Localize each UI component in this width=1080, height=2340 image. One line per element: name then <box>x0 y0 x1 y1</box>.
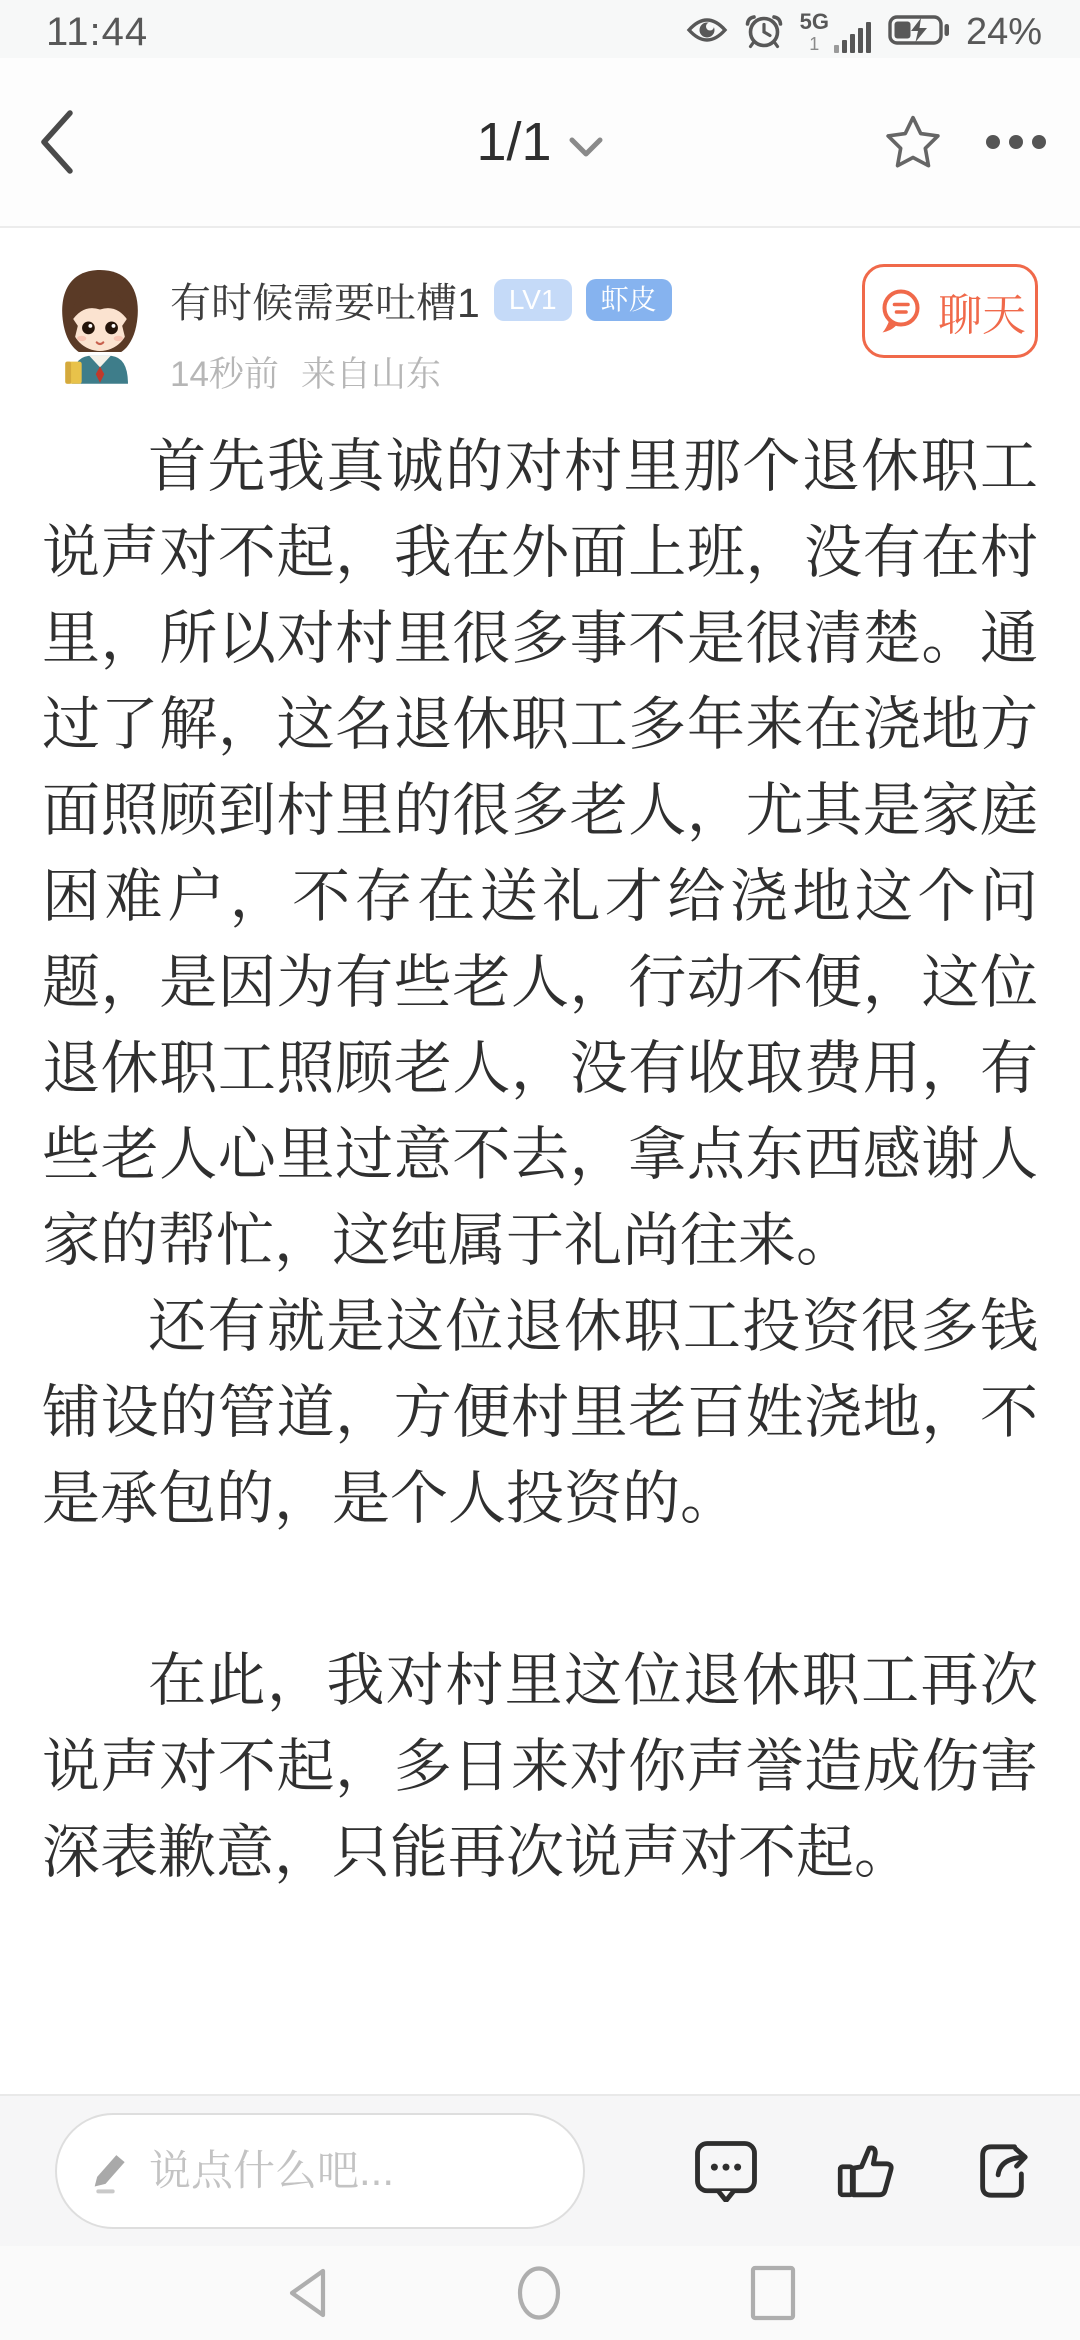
star-favorite-button[interactable] <box>884 114 942 170</box>
battery-charging-icon <box>888 13 950 52</box>
post-meta: 14秒前 来自山东 <box>170 347 672 397</box>
chat-button[interactable]: 聊天 <box>862 264 1038 358</box>
post-header: 有时候需要吐槽1 LV1 虾皮 14秒前 来自山东 聊天 <box>0 230 1080 420</box>
avatar[interactable] <box>46 264 154 384</box>
share-forward-button[interactable] <box>972 2140 1032 2202</box>
nav-home-circle-button[interactable] <box>513 2264 565 2322</box>
more-options-button[interactable] <box>986 135 1046 149</box>
chat-bubble-icon <box>874 285 926 337</box>
page-indicator-label: 1/1 <box>476 111 551 173</box>
post-location: 来自山东 <box>301 347 441 397</box>
group-badge: 虾皮 <box>586 279 672 321</box>
system-navigation-bar <box>0 2246 1080 2340</box>
phone-screen: 11:44 5G <box>0 0 1080 2340</box>
post-time: 14秒前 <box>170 347 279 397</box>
chevron-down-icon <box>568 111 604 173</box>
comment-input-pill[interactable] <box>55 2113 585 2229</box>
post-paragraph: 首先我真诚的对村里那个退休职工说声对不起，我在外面上班，没有在村里，所以对村里很… <box>42 424 1038 1284</box>
post-paragraph: 还有就是这位退休职工投资很多钱铺设的管道，方便村里老百姓浇地，不是承包的，是个人… <box>42 1284 1038 1542</box>
status-icons: 5G 1 24% <box>686 10 1042 55</box>
nav-recents-square-button[interactable] <box>749 2264 797 2322</box>
comment-input[interactable] <box>149 2147 557 2195</box>
pencil-edit-icon <box>83 2146 133 2196</box>
level-badge: LV1 <box>494 279 572 321</box>
post-paragraph: 在此，我对村里这位退休职工再次说声对不起，多日来对你声誉造成伤害深表歉意，只能再… <box>42 1638 1038 1896</box>
username[interactable]: 有时候需要吐槽1 <box>170 270 480 329</box>
header-actions <box>884 58 1046 226</box>
app-header: 1/1 <box>0 58 1080 228</box>
network-type-label: 5G <box>800 11 829 33</box>
status-bar: 11:44 5G <box>0 0 1080 58</box>
user-block: 有时候需要吐槽1 LV1 虾皮 14秒前 来自山东 <box>170 264 672 420</box>
thumbs-up-button[interactable] <box>834 2140 896 2202</box>
signal-5g-icon: 5G 1 <box>800 11 872 53</box>
nav-back-triangle-button[interactable] <box>283 2266 329 2320</box>
alarm-clock-icon <box>744 10 784 55</box>
comment-bar <box>0 2094 1080 2246</box>
eye-comfort-icon <box>686 15 728 50</box>
chat-button-label: 聊天 <box>938 279 1026 343</box>
status-time: 11:44 <box>46 10 148 55</box>
battery-percent-label: 24% <box>966 11 1042 54</box>
sim-number-label: 1 <box>809 35 819 53</box>
comment-bubble-button[interactable] <box>694 2140 758 2202</box>
post-body: 首先我真诚的对村里那个退休职工说声对不起，我在外面上班，没有在村里，所以对村里很… <box>42 424 1038 1896</box>
comment-bar-actions <box>694 2140 1032 2202</box>
